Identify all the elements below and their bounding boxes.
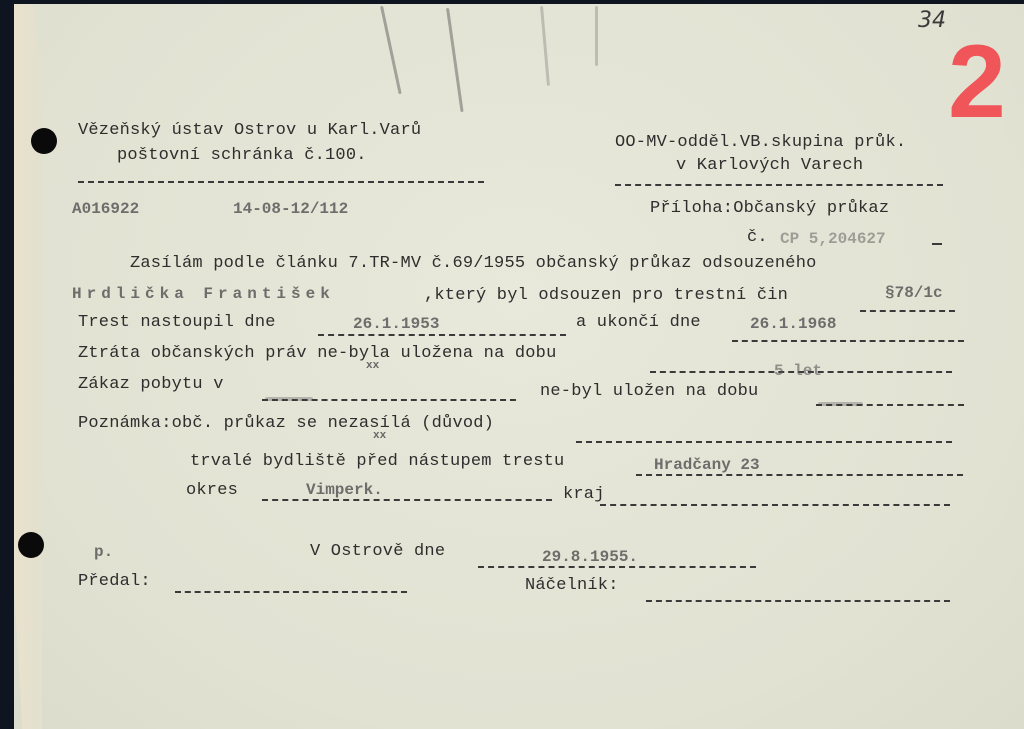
punch-hole-top (31, 128, 57, 154)
handwritten-page-number: 34 (918, 8, 946, 33)
district-value: Vimperk. (306, 481, 383, 499)
signature-date: 29.8.1955. (542, 548, 638, 566)
attachment-number-label: č. (747, 228, 768, 247)
sentence-start-date: 26.1.1953 (353, 315, 439, 333)
region-label: kraj (563, 485, 605, 504)
attachment-label: Příloha:Občanský průkaz (650, 199, 889, 218)
sentence-end-line (732, 340, 964, 342)
handed-over-label: Předal: (78, 572, 151, 591)
address-value: Hradčany 23 (654, 456, 760, 474)
residence-ban-duration-line (816, 404, 964, 406)
sender-line-1: Vězeňský ústav Ostrov u Karl.Varů (78, 121, 421, 140)
intro-text: Zasílám podle článku 7.TR-MV č.69/1955 o… (130, 254, 817, 273)
address-label: trvalé bydliště před nástupem trestu (190, 452, 564, 471)
reference-number: A016922 (72, 200, 139, 218)
residence-ban-text: ne-byl uložen na dobu (540, 382, 758, 401)
civil-rights-duration: 5 let (774, 362, 822, 380)
note-line (576, 441, 952, 443)
document-page (14, 4, 1024, 729)
recipient-line-1: OO-MV-odděl.VB.skupina průk. (615, 133, 906, 152)
red-page-stamp: 2 (948, 30, 1006, 134)
place-date-label: V Ostrově dne (310, 542, 445, 561)
sentence-end-date: 26.1.1968 (750, 315, 836, 333)
recipient-divider (615, 184, 943, 186)
region-line (600, 504, 950, 506)
chief-label: Náčelník: (525, 576, 619, 595)
strike-mark: xx (373, 430, 386, 442)
civil-rights-label: Ztráta občanských práv ne-byla uložena n… (78, 344, 556, 363)
sender-divider (78, 181, 484, 183)
convicted-text: ,který byl odsouzen pro trestní čin (424, 286, 788, 305)
attachment-number-value: CP 5,204627 (780, 230, 886, 248)
file-number: 14-08-12/112 (233, 200, 348, 218)
note-label: Poznámka:obč. průkaz se nezasílá (důvod) (78, 414, 494, 433)
offense-paragraph: §78/1c (885, 284, 943, 302)
sentence-start-label: Trest nastoupil dne (78, 313, 276, 332)
pencil-mark (595, 6, 598, 66)
paper-edge (14, 4, 42, 729)
chief-signature-line (646, 600, 950, 602)
district-line (262, 499, 552, 501)
district-label: okres (186, 481, 238, 500)
p-mark: p. (94, 543, 113, 561)
attachment-number-dash (932, 243, 942, 245)
handed-over-line (175, 591, 407, 593)
residence-ban-label: Zákaz pobytu v (78, 375, 224, 394)
sender-line-2: poštovní schránka č.100. (117, 146, 367, 165)
recipient-line-2: v Karlových Varech (676, 156, 863, 175)
date-line (478, 566, 756, 568)
convict-name: Hrdlička František (72, 285, 335, 303)
residence-ban-line (262, 399, 516, 401)
sentence-end-label: a ukončí dne (576, 313, 701, 332)
strike-mark: xx (366, 360, 379, 372)
sentence-start-line (318, 334, 566, 336)
address-line (636, 474, 963, 476)
punch-hole-bottom (18, 532, 44, 558)
offense-line (860, 310, 955, 312)
